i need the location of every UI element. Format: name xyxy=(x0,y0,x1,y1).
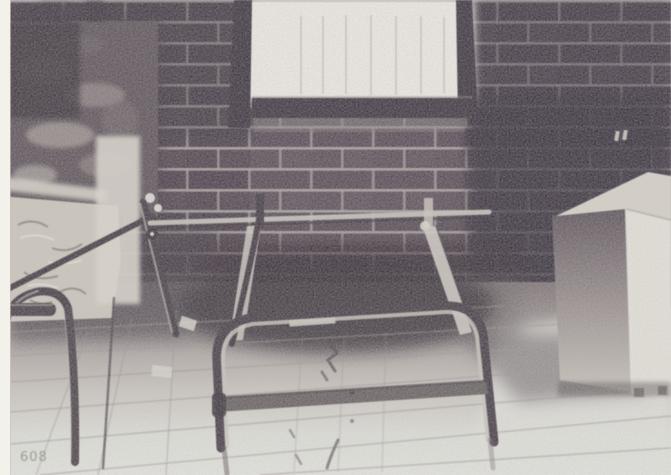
photo-grain xyxy=(0,0,671,475)
photo-border xyxy=(0,0,10,475)
photo-scene xyxy=(0,0,671,475)
archival-photograph: 608 xyxy=(0,0,671,475)
catalog-number: 608 xyxy=(20,450,48,465)
